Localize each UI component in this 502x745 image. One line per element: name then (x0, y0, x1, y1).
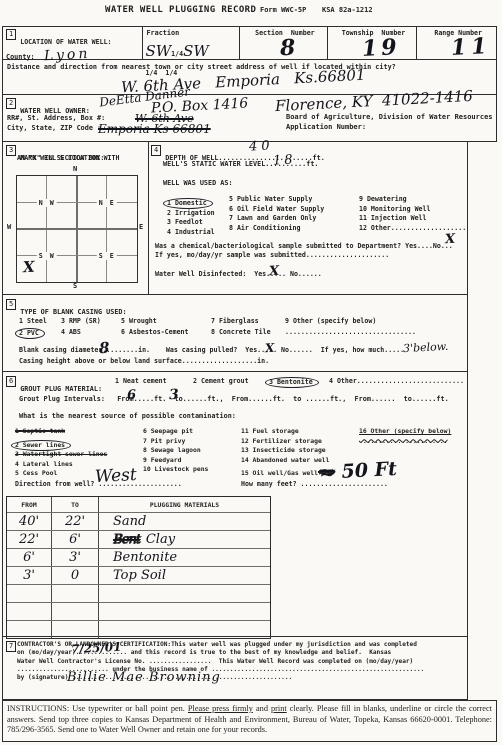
section-2-number: 2 (6, 98, 16, 109)
application-number-label: Application Number: (286, 123, 366, 131)
contamination-option: 11 Fuel storage (241, 427, 334, 437)
compass-west-label: W (7, 223, 11, 231)
material-value: Sand (113, 514, 146, 529)
depth-value: 40 (249, 138, 274, 154)
certification-date-value: 7/25/01 (71, 640, 122, 657)
feet-value: ≈ 50 Ft (318, 458, 397, 484)
used-as-label: WELL WAS USED AS: (163, 179, 233, 187)
township-number-value: 19 (361, 34, 401, 62)
grout-option-bentonite: 3 Bentonite (265, 377, 319, 388)
sample-no-x-mark: X (445, 232, 456, 248)
from-value: 6' (23, 550, 35, 565)
table-row-empty (7, 602, 270, 620)
grid-line (17, 255, 137, 256)
col-header-from: FROM (21, 501, 36, 509)
instructions-text: INSTRUCTIONS: Use typewriter or ball poi… (3, 701, 496, 739)
col-header-materials: PLUGGING MATERIALS (150, 501, 219, 509)
to-value: 3' (69, 550, 81, 565)
fraction-sw1: SW (145, 42, 171, 60)
certification-section: 7 CONTRACTOR'S OR LANDOWNER'S CERTIFICAT… (2, 637, 468, 700)
use-options-col1: 1 Domestic 2 Irrigation 3 Feedlot 4 Indu… (167, 195, 215, 238)
well-location-x-mark: X (23, 258, 36, 277)
quadrant-se-label: S E (97, 252, 117, 260)
casing-option: 6 Asbestos-Cement (121, 328, 189, 336)
grout-option: 1 Neat cement (115, 377, 167, 385)
casing-height-line: Casing height above or below land surfac… (19, 357, 269, 365)
casing-option: 3 RMP (SR) (61, 317, 101, 325)
casing-diameter-value: 8 (99, 339, 110, 358)
casing-option: 7 Fiberglass (211, 317, 259, 325)
certification-line3: Water Well Contractor's License No. ....… (17, 658, 467, 666)
township-number-cell: Township Number 19 (328, 27, 418, 59)
contamination-option: 15 Oil well/Gas well (241, 469, 318, 477)
grid-line (17, 228, 137, 230)
well-details-section: 4DEPTH OF WELL.......................ft.… (148, 142, 468, 295)
contamination-option-septic: 1 Septic tank (15, 427, 107, 437)
owner-section: 2WATER WELL OWNER: RR#, St. Address, Box… (2, 95, 497, 142)
static-level-value: 18 (273, 152, 296, 168)
quadrant-nw-label: N W (37, 199, 57, 207)
material-value: Top Soil (113, 568, 166, 583)
instructions-seg1: INSTRUCTIONS: Use typewriter or ball poi… (7, 704, 188, 713)
location-section: 1LOCATION OF WATER WELL: County: Lyon Fr… (2, 26, 497, 60)
use-options-col3: 9 Dewatering 10 Monitoring Well 11 Injec… (359, 195, 466, 234)
from-value: 22' (19, 532, 39, 547)
quadrant-sw-label: S W (37, 252, 57, 260)
section-5-number: 5 (6, 299, 16, 310)
grout-intervals-line: Grout Plug Intervals: From.....ft. to...… (19, 395, 449, 403)
to-value: 22' (65, 514, 85, 529)
from-value: 3' (23, 568, 35, 583)
casing-title: TYPE OF BLANK CASING USED: (20, 308, 126, 316)
plugging-table-header: FROM TO PLUGGING MATERIALS (7, 497, 270, 512)
sample-question-line: Was a chemical/bacteriological sample su… (155, 242, 453, 250)
use-option: 2 Irrigation (167, 209, 215, 219)
to-value: 6' (69, 532, 81, 547)
compass-east-label: E (139, 223, 143, 231)
section-7-number: 7 (6, 641, 16, 652)
from-value: 40' (19, 514, 39, 529)
section-grid: N W N E S W S E X (16, 175, 138, 283)
contamination-col4: 16 Other (specify below) ...............… (359, 427, 451, 446)
use-option: 5 Public Water Supply (229, 195, 324, 205)
contamination-other-dots: ....................... (359, 437, 451, 447)
contamination-option: 8 Sewage lagoon (143, 446, 208, 456)
casing-option: 4 ABS (61, 328, 81, 336)
form-number: Form WWC-5P (260, 6, 306, 14)
casing-option-pvc: 2 PVC (15, 328, 45, 339)
use-option: 8 Air Conditioning (229, 224, 324, 234)
grout-option: 2 Cement grout (193, 377, 249, 385)
quadrant-ne-label: N E (97, 199, 117, 207)
section-3-number: 3 (6, 145, 16, 156)
contamination-option-sewer: 2 Sewer lines (11, 440, 71, 451)
contamination-option: 10 Livestock pens (143, 465, 208, 475)
casing-pulled-amount: 3'below. (403, 340, 449, 355)
statute-ref: KSA 82a-1212 (322, 6, 373, 14)
grout-option: 4 Other........................... (329, 377, 464, 385)
range-number-value: 11 (451, 33, 493, 61)
fraction-sw2: SW (183, 42, 209, 60)
table-row-empty (7, 620, 270, 638)
crossed-out-word: Bent (113, 532, 140, 547)
col-header-to: TO (71, 501, 79, 509)
table-row-empty (7, 584, 270, 602)
compass-south-label: S (73, 282, 77, 290)
section-number-value: 8 (279, 35, 296, 62)
section-4-number: 4 (151, 145, 161, 156)
contamination-option: 4 Lateral lines (15, 460, 107, 470)
casing-option: 1 Steel (19, 317, 47, 325)
interval-to-value: 3 (169, 387, 180, 403)
use-options-col2: 5 Public Water Supply 6 Oil Field Water … (229, 195, 324, 234)
section-1-number: 1 (6, 29, 16, 40)
to-value: 0 (71, 568, 79, 583)
contamination-option: 5 Cess Pool (15, 469, 107, 479)
use-option: 9 Dewatering (359, 195, 466, 205)
contamination-option: 6 Seepage pit (143, 427, 208, 437)
contamination-option: 12 Fertilizer storage (241, 437, 334, 447)
table-row: 22' 6' BentClay (7, 530, 270, 548)
table-row: 6' 3' Bentonite (7, 548, 270, 566)
mark-location-section: 3MARK WELL'S LOCATION WITH AN "X" IN SEC… (2, 142, 148, 295)
use-option: 4 Industrial (167, 228, 215, 238)
casing-pulled-x-mark: X (265, 341, 275, 355)
use-option: 11 Injection Well (359, 214, 466, 224)
interval-from-value: 6 (127, 388, 137, 403)
material-value: Clay (146, 532, 175, 547)
contamination-option-other: 16 Other (specify below) (359, 427, 451, 437)
contamination-question: What is the nearest source of possible c… (19, 412, 236, 420)
signature-value: Billie Mae Browning (67, 670, 221, 685)
casing-section: 5TYPE OF BLANK CASING USED: 1 Steel 3 RM… (2, 295, 468, 372)
fraction-label: Fraction (143, 27, 239, 37)
grout-section: 6GROUT PLUG MATERIAL: 1 Neat cement 2 Ce… (2, 372, 468, 637)
plugging-table: FROM TO PLUGGING MATERIALS 40' 22' Sand … (6, 496, 271, 639)
city-label: City, State, ZIP Code : (7, 124, 101, 132)
direction-value: West (95, 465, 138, 487)
contamination-option: 9 Feedyard (143, 456, 208, 466)
section-6-number: 6 (6, 376, 16, 387)
contamination-col1: 1 Septic tank 2 Sewer lines 3 Watertight… (15, 427, 107, 479)
sample-date-line: If yes, mo/day/yr sample was submitted..… (155, 251, 389, 259)
fraction-q1: 1/4 (171, 50, 183, 58)
agency-name: Board of Agriculture, Division of Water … (286, 113, 493, 121)
instructions-seg4: print (271, 704, 287, 713)
section-number-cell: Section Number 8 (240, 27, 328, 59)
instructions-box: INSTRUCTIONS: Use typewriter or ball poi… (2, 700, 497, 742)
page-title: WATER WELL PLUGGING RECORD (105, 5, 256, 15)
use-option: 7 Lawn and Garden Only (229, 214, 324, 224)
casing-option: 5 Wrought (121, 317, 157, 325)
contamination-option: 3 Watertight sewer lines (15, 450, 107, 460)
use-option: 3 Feedlot (167, 218, 215, 228)
compass-north-label: N (73, 165, 77, 173)
street-label: RR#, St. Address, Box #: (7, 114, 105, 122)
fraction-cell: Fraction SW1/4SW1/41/4 (143, 27, 240, 59)
crossed-city-value: Emporia Ks 66801 (98, 122, 211, 136)
casing-option: 9 Other (specify below) (285, 317, 376, 325)
casing-diameter-line: Blank casing diameter.........in. Was ca… (19, 346, 404, 354)
range-number-cell: Range Number 11 (417, 27, 496, 59)
contamination-option: 7 Pit privy (143, 437, 208, 447)
material-value: Bentonite (113, 550, 177, 565)
scanned-form-page: WATER WELL PLUGGING RECORD Form WWC-5P K… (0, 0, 502, 745)
table-row: 3' 0 Top Soil (7, 566, 270, 584)
disinfected-line: Water Well Disinfected: Yes..... No.....… (155, 270, 322, 278)
instructions-seg3: and (253, 704, 271, 713)
casing-option: 8 Concrete Tile (211, 328, 271, 336)
disinfected-yes-x-mark: X (269, 264, 280, 280)
contamination-col2: 6 Seepage pit 7 Pit privy 8 Sewage lagoo… (143, 427, 208, 475)
grout-label: GROUT PLUG MATERIAL: (20, 385, 102, 393)
use-option: 6 Oil Field Water Supply (229, 205, 324, 215)
county-cell: 1LOCATION OF WATER WELL: County: Lyon (3, 27, 143, 59)
grid-line (17, 202, 137, 203)
mark-title-line2: AN "X" IN SECTION BOX: (17, 154, 104, 162)
use-option: 10 Monitoring Well (359, 205, 466, 215)
contamination-option: 13 Insecticide storage (241, 446, 334, 456)
use-option-domestic: 1 Domestic (163, 198, 213, 209)
table-row: 40' 22' Sand (7, 512, 270, 530)
instructions-seg2: Please press firmly (188, 704, 253, 713)
casing-other-dots: ................................. (285, 328, 416, 336)
